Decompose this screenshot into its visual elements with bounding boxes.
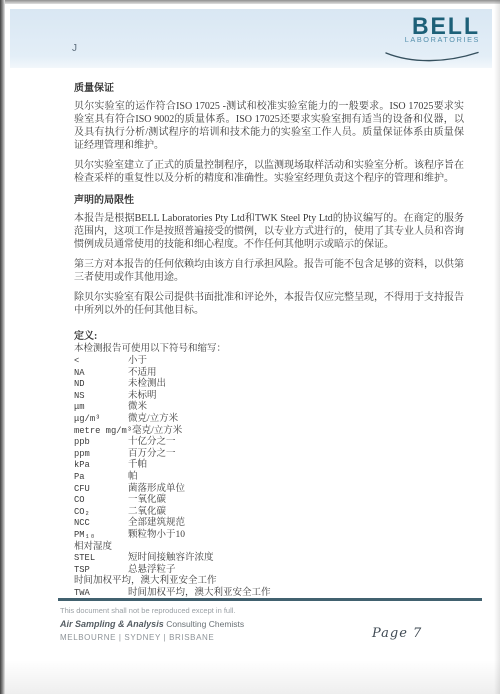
definition-abbr: CO bbox=[74, 495, 128, 507]
definition-abbr: Pa bbox=[74, 472, 128, 484]
definition-row: NA 不适用 bbox=[74, 368, 464, 380]
definition-meaning: 短时间接触容许浓度 bbox=[128, 553, 464, 565]
definition-abbr: CFU bbox=[74, 484, 128, 496]
definition-meaning: 未检测出 bbox=[128, 379, 464, 391]
definition-abbr: metre mg/m³ bbox=[74, 426, 132, 438]
definition-meaning: 全部建筑规范 bbox=[128, 518, 464, 530]
definition-meaning: 千帕 bbox=[128, 460, 464, 472]
definition-abbr: STEL bbox=[74, 553, 128, 565]
definition-meaning: 总悬浮粒子 bbox=[128, 565, 464, 577]
definition-row: ppb 十亿分之一 bbox=[74, 437, 464, 449]
definition-meaning: 一氧化碳 bbox=[128, 495, 464, 507]
definition-row: CO 一氧化碳 bbox=[74, 495, 464, 507]
definitions-section: 定义: 本检测报告可使用以下符号和缩写： < 小于 NA 不适用 ND 未检测出… bbox=[74, 331, 464, 599]
scan-edge-top bbox=[0, 0, 500, 4]
definition-meaning: 微米 bbox=[128, 402, 464, 414]
scanned-report-page: { "header": { "mark": "J", "logo": { "na… bbox=[0, 0, 500, 694]
paragraph: 第三方对本报告的任何依赖均由该方自行承担风险。报告可能不包含足够的资料，以供第三… bbox=[74, 258, 464, 284]
definition-meaning: 菌落形成单位 bbox=[128, 484, 464, 496]
definition-row: CFU 菌落形成单位 bbox=[74, 484, 464, 496]
definition-row: NCC 全部建筑规范 bbox=[74, 518, 464, 530]
footer-cities: MELBOURNE | SYDNEY | BRISBANE bbox=[60, 633, 214, 642]
definition-meaning: 帕 bbox=[128, 472, 464, 484]
definitions-intro: 本检测报告可使用以下符号和缩写： bbox=[74, 343, 464, 355]
definitions-title: 定义: bbox=[74, 331, 464, 343]
definition-abbr: ppm bbox=[74, 449, 128, 461]
definition-meaning: 微克/立方米 bbox=[128, 414, 464, 426]
paragraph: 贝尔实验室建立了正式的质量控制程序，以监测现场取样活动和实验室分析。该程序旨在检… bbox=[74, 159, 464, 185]
definition-meaning: 未标明 bbox=[128, 391, 464, 403]
definition-abbr: 相对湿度 bbox=[74, 542, 128, 554]
logo-swoosh-icon bbox=[384, 50, 480, 64]
scan-edge-right bbox=[494, 0, 500, 694]
definition-row: μg/m³ 微克/立方米 bbox=[74, 414, 464, 426]
footer-brand-tagline: Consulting Chemists bbox=[166, 619, 244, 629]
footer-brand-name: Air Sampling & Analysis bbox=[60, 619, 164, 629]
definition-row: ND 未检测出 bbox=[74, 379, 464, 391]
definition-row: TSP 总悬浮粒子 bbox=[74, 565, 464, 577]
definition-abbr: ND bbox=[74, 379, 128, 391]
definition-row: STEL 短时间接触容许浓度 bbox=[74, 553, 464, 565]
definition-row: kPa 千帕 bbox=[74, 460, 464, 472]
definition-abbr: CO₂ bbox=[74, 507, 128, 519]
bell-laboratories-logo: BELL LABORATORIES bbox=[380, 13, 480, 69]
definition-row: PM₁₀ 颗粒物小于10 bbox=[74, 530, 464, 542]
scan-edge-left bbox=[0, 0, 5, 694]
footer-brand: Air Sampling & Analysis Consulting Chemi… bbox=[60, 619, 244, 629]
definition-meaning bbox=[217, 576, 464, 588]
definition-abbr: TSP bbox=[74, 565, 128, 577]
definition-abbr: NS bbox=[74, 391, 128, 403]
header-band: J BELL LABORATORIES bbox=[10, 9, 492, 68]
section-heading-limitations: 声明的局限性 bbox=[74, 194, 464, 207]
definition-abbr: NCC bbox=[74, 518, 128, 530]
definition-row: CO₂ 二氧化碳 bbox=[74, 507, 464, 519]
definition-meaning: 小于 bbox=[128, 356, 464, 368]
page-number: Page 7 bbox=[372, 626, 422, 641]
definition-meaning: 颗粒物小于10 bbox=[128, 530, 464, 542]
definition-row: NS 未标明 bbox=[74, 391, 464, 403]
definition-abbr: kPa bbox=[74, 460, 128, 472]
paragraph: 除贝尔实验室有限公司提供书面批准和评论外，本报告仅应完整呈现，不得用于支持报告中… bbox=[74, 291, 464, 317]
definition-row: 时间加权平均，澳大利亚安全工作 bbox=[74, 576, 464, 588]
footer-reproduction-note: This document shall not be reproduced ex… bbox=[60, 606, 236, 615]
definition-row: μm 微米 bbox=[74, 402, 464, 414]
definition-row: ppm 百万分之一 bbox=[74, 449, 464, 461]
scan-edge-bottom bbox=[0, 660, 500, 694]
definition-meaning bbox=[128, 542, 464, 554]
definition-abbr: PM₁₀ bbox=[74, 530, 128, 542]
definition-abbr: ppb bbox=[74, 437, 128, 449]
definition-row: 相对湿度 bbox=[74, 542, 464, 554]
logo-wordmark: BELL bbox=[380, 13, 480, 38]
definition-abbr: 时间加权平均，澳大利亚安全工作 bbox=[74, 576, 217, 588]
definition-abbr: μm bbox=[74, 402, 128, 414]
section-heading-quality: 质量保证 bbox=[74, 82, 464, 95]
definition-meaning: 十亿分之一 bbox=[128, 437, 464, 449]
paragraph: 本报告是根据BELL Laboratories Pty Ltd和TWK Stee… bbox=[74, 212, 464, 251]
paragraph: 贝尔实验室的运作符合ISO 17025 -测试和校准实验室能力的一般要求。ISO… bbox=[74, 100, 464, 152]
definition-meaning: 毫克/立方米 bbox=[132, 426, 464, 438]
definition-abbr: < bbox=[74, 356, 128, 368]
definition-abbr: NA bbox=[74, 368, 128, 380]
definition-meaning: 二氧化碳 bbox=[128, 507, 464, 519]
definition-meaning: 不适用 bbox=[128, 368, 464, 380]
document-body: 质量保证 贝尔实验室的运作符合ISO 17025 -测试和校准实验室能力的一般要… bbox=[74, 82, 464, 599]
definition-abbr: μg/m³ bbox=[74, 414, 128, 426]
header-mark: J bbox=[72, 43, 77, 54]
definition-row: < 小于 bbox=[74, 356, 464, 368]
definition-meaning: 百万分之一 bbox=[128, 449, 464, 461]
definition-row: Pa 帕 bbox=[74, 472, 464, 484]
footer-divider bbox=[58, 598, 482, 601]
definition-row: metre mg/m³ 毫克/立方米 bbox=[74, 426, 464, 438]
